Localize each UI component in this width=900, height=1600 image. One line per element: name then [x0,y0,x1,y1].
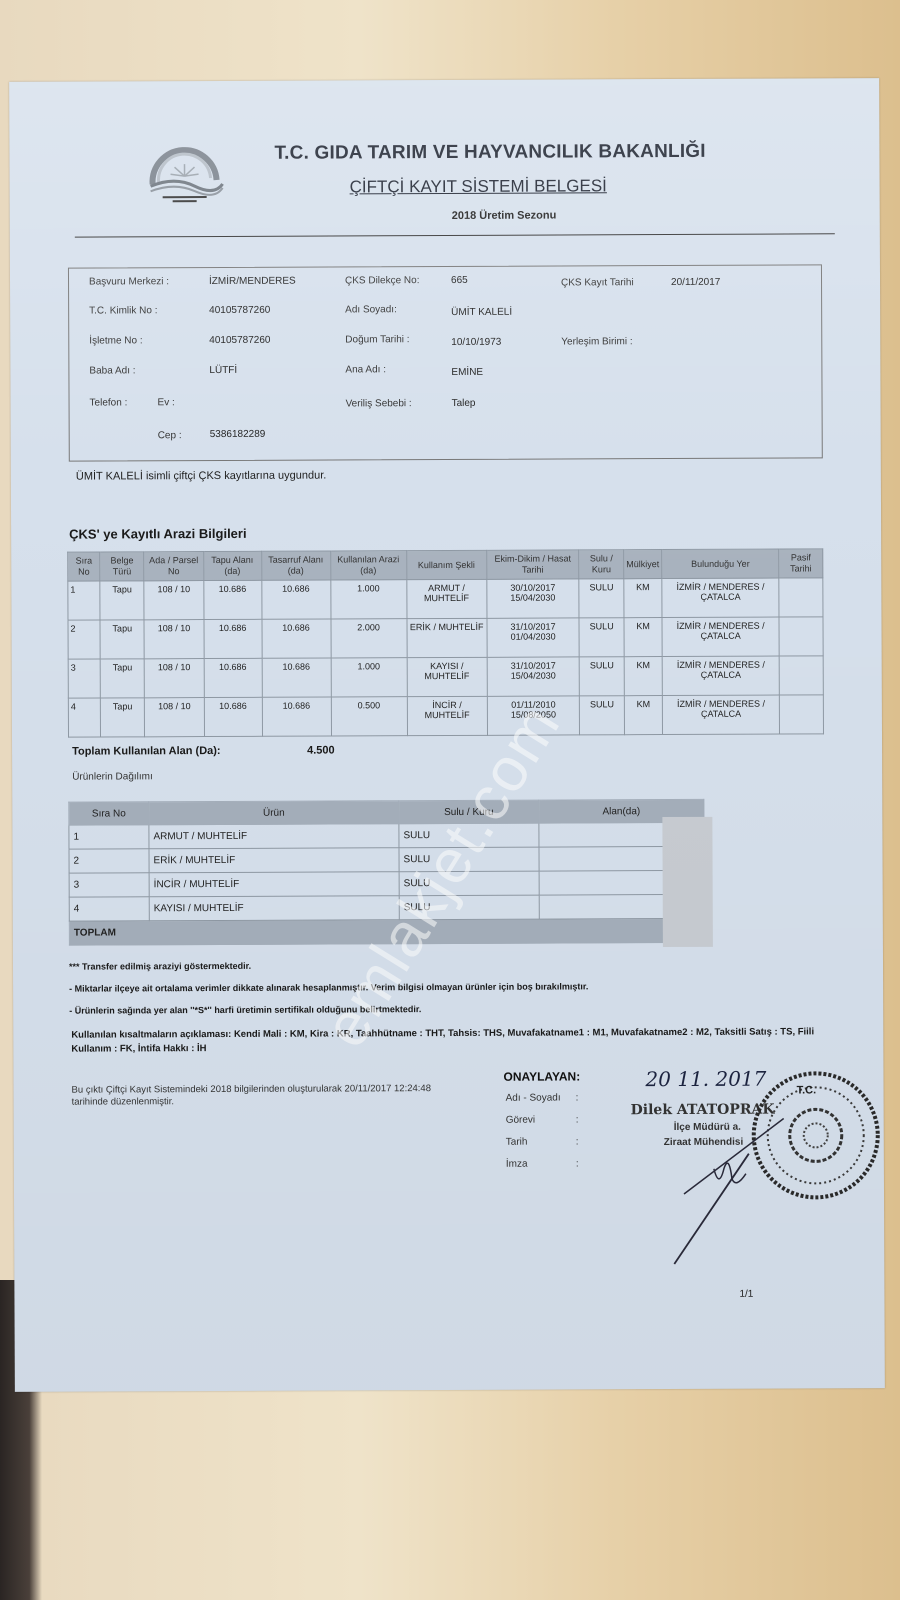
table-cell: KM [624,618,662,657]
table-cell: KM [624,696,662,735]
table-cell: ARMUT / MUHTELİF [149,824,399,849]
baba-label: Baba Adı : [89,365,135,376]
isletme-label: İşletme No : [89,335,142,346]
tc-value: 40105787260 [209,305,270,316]
dogum-value: 10/10/1973 [451,337,501,348]
table-cell: İZMİR / MENDERES / ÇATALCA [662,617,779,657]
dilekce-label: ÇKS Dilekçe No: [345,275,420,286]
ana-value: EMİNE [451,367,483,378]
table-cell [779,617,823,656]
note-transfer: *** Transfer edilmiş araziyi göstermekte… [69,961,251,972]
table-cell [539,870,704,895]
land-col-header: Kullanım Şekli [406,550,486,579]
distribution-col-header: Sıra No [69,802,149,825]
table-cell: İZMİR / MENDERES / ÇATALCA [662,695,779,735]
approver-role-colon: : [576,1114,579,1125]
land-col-header: Ekim-Dikim / Hasat Tarihi [486,550,579,579]
approver-name-colon: : [576,1092,579,1103]
land-col-header: Kullanılan Arazi (da) [330,551,406,580]
table-cell: 1.000 [331,658,407,697]
table-cell: KAYISI / MUHTELİF [149,896,399,921]
telefon-label: Telefon : [90,397,128,408]
distribution-col-header: Alan(da) [539,799,704,823]
table-cell: 30/10/2017 15/04/2030 [487,579,580,618]
distribution-total-row: TOPLAM [69,918,704,945]
land-col-header: Sulu / Kuru [579,550,624,579]
table-cell: 0.500 [331,697,407,736]
table-cell: Tapu [100,659,144,698]
generation-info: Bu çıktı Çiftçi Kayıt Sistemindeki 2018 … [72,1083,432,1109]
table-cell: Tapu [100,620,144,659]
cep-value: 5386182289 [210,429,266,440]
table-cell: 108 / 10 [144,581,203,620]
table-row: 1Tapu108 / 1010.68610.6861.000ARMUT / MU… [68,578,823,620]
distribution-col-header: Ürün [149,801,399,825]
approver-name-label: Adı - Soyadı [506,1093,561,1104]
approver-role-label: Görevi [506,1115,536,1126]
dogum-label: Doğum Tarihi : [345,334,409,345]
table-cell: 2 [68,620,100,659]
distribution-table: Sıra NoÜrünSulu / KuruAlan(da) 1ARMUT / … [68,799,705,946]
table-cell: İNCİR / MUHTELİF [149,872,399,897]
table-cell: 108 / 10 [145,698,204,737]
table-cell: 2.000 [331,619,407,658]
basvuru-label: Başvuru Merkezi : [89,276,169,287]
table-row: 4KAYISI / MUHTELİFSULU [69,894,704,921]
table-cell: 108 / 10 [144,620,203,659]
land-table: Sıra NoBelge TürüAda / Parsel NoTapu Ala… [67,548,824,737]
table-cell: 1.000 [330,580,406,619]
table-cell: İNCİR / MUHTELİF [407,696,487,735]
table-cell: SULU [580,696,625,735]
adsoyad-label: Adı Soyadı: [345,304,397,315]
watermark: emlakjet.com [310,691,575,1059]
table-cell: 3 [69,873,149,897]
conformity-statement: ÜMİT KALELİ isimli çiftçi ÇKS kayıtların… [76,470,327,483]
table-cell: 31/10/2017 15/04/2030 [487,657,580,696]
land-col-header: Tapu Alanı (da) [203,551,261,580]
approver-date-label: Tarih [506,1137,528,1148]
table-cell: 31/10/2017 01/04/2030 [487,618,580,657]
page-number: 1/1 [739,1289,753,1300]
table-cell: 4 [69,897,149,921]
table-row: 3Tapu108 / 1010.68610.6861.000KAYISI / M… [68,656,823,698]
document-title: ÇİFTÇİ KAYIT SİSTEMİ BELGESİ [350,176,607,197]
table-cell: SULU [579,618,624,657]
abbreviations-legend: Kullanılan kısaltmaların açıklaması: Ken… [71,1025,821,1056]
table-cell: 10.686 [262,697,331,736]
table-cell: 4 [68,698,100,737]
stamp-title-line1: İlçe Müdürü a. [674,1122,741,1133]
distribution-total-label: TOPLAM [69,918,704,945]
table-cell: 108 / 10 [144,659,203,698]
stamp-title-line2: Ziraat Mühendisi [664,1137,744,1148]
table-cell: 10.686 [204,697,262,736]
table-cell: SULU [579,579,624,618]
official-seal-icon: T.C. [748,1068,884,1204]
verilis-label: Veriliş Sebebi : [346,398,412,409]
header-divider [75,233,835,237]
table-cell: Tapu [100,581,144,620]
land-col-header: Ada / Parsel No [144,552,203,581]
note-yield: - Miktarlar ilçeye ait ortalama verimler… [69,981,588,993]
table-cell: ERİK / MUHTELİF [407,618,487,657]
table-cell [779,578,823,617]
land-col-header: Pasif Tarihi [779,549,823,578]
table-cell: ARMUT / MUHTELİF [406,579,486,618]
table-row: 2ERİK / MUHTELİFSULU [69,846,704,873]
table-cell: 01/11/2010 15/08/2050 [487,696,580,735]
cep-label: Cep : [158,430,182,441]
ev-label: Ev : [158,397,175,408]
document-page: T.C. GIDA TARIM VE HAYVANCILIK BAKANLIĞI… [9,78,885,1392]
land-section-title: ÇKS' ye Kayıtlı Arazi Bilgileri [69,526,247,542]
table-row: 1ARMUT / MUHTELİFSULU [69,822,704,849]
table-cell: KM [624,657,662,696]
approver-title: ONAYLAYAN: [503,1069,580,1083]
table-cell: 1 [69,825,149,849]
total-area-label: Toplam Kullanılan Alan (Da): [72,745,221,758]
isletme-value: 40105787260 [209,335,270,346]
ministry-logo-icon [144,136,224,206]
table-cell: 10.686 [204,619,262,658]
land-col-header: Mülkiyet [624,550,662,579]
farmer-info-box: Başvuru Merkezi : İZMİR/MENDERES ÇKS Dil… [68,264,823,461]
table-cell: 1 [68,581,100,620]
table-cell: 10.686 [203,580,261,619]
stamp-name: Dilek ATATOPRAK [631,1102,775,1119]
distribution-col-header: Sulu / Kuru [399,800,539,824]
table-cell: İZMİR / MENDERES / ÇATALCA [662,656,779,696]
land-col-header: Tasarruf Alanı (da) [261,551,330,580]
basvuru-value: İZMİR/MENDERES [209,276,296,287]
table-cell [779,656,823,695]
land-col-header: Sıra No [68,552,100,581]
table-cell: SULU [399,871,539,896]
season-label: 2018 Üretim Sezonu [452,210,557,222]
table-cell: 3 [68,659,100,698]
table-cell [539,822,704,847]
yerlesim-label: Yerleşim Birimi : [561,336,632,347]
table-cell: 10.686 [261,580,330,619]
table-cell: SULU [399,847,539,872]
land-col-header: Belge Türü [100,552,144,581]
svg-text:T.C.: T.C. [797,1084,817,1096]
table-cell: SULU [399,823,539,848]
table-row: 3İNCİR / MUHTELİFSULU [69,870,704,897]
table-cell: 2 [69,849,149,873]
table-cell: KAYISI / MUHTELİF [407,657,487,696]
table-cell [780,695,824,734]
table-cell [539,846,704,871]
table-row: 4Tapu108 / 1010.68610.6860.500İNCİR / MU… [68,695,823,737]
table-cell: 10.686 [262,658,331,697]
tc-label: T.C. Kimlik No : [89,305,157,316]
table-cell: Tapu [101,698,145,737]
kayit-value: 20/11/2017 [671,277,720,288]
ministry-name: T.C. GIDA TARIM VE HAYVANCILIK BAKANLIĞI [274,141,705,165]
table-cell: SULU [579,657,624,696]
table-row: 2Tapu108 / 1010.68610.6862.000ERİK / MUH… [68,617,823,659]
adsoyad-value: ÜMİT KALELİ [451,307,512,318]
land-col-header: Bulunduğu Yer [662,549,779,579]
table-cell: ERİK / MUHTELİF [149,848,399,873]
distribution-title: Ürünlerin Dağılımı [72,771,153,782]
handwritten-date: 20 11. 2017 [645,1067,766,1092]
baba-value: LÜTFİ [209,365,237,376]
approver-date-colon: : [576,1136,579,1147]
table-cell: KM [624,579,662,618]
table-cell [539,894,704,919]
kayit-label: ÇKS Kayıt Tarihi [561,277,634,288]
signature-icon [654,1098,805,1269]
ana-label: Ana Adı : [345,364,386,375]
dilekce-value: 665 [451,275,468,286]
note-certified: - Ürünlerin sağında yer alan ''*S*'' har… [69,1004,421,1016]
approver-signature-label: İmza [506,1159,528,1170]
total-area-value: 4.500 [307,744,335,756]
approver-signature-colon: : [576,1158,579,1169]
table-cell: 10.686 [261,619,330,658]
table-cell: İZMİR / MENDERES / ÇATALCA [662,578,779,618]
table-cell: SULU [399,895,539,920]
table-cell: 10.686 [204,658,262,697]
redacted-area [662,817,713,947]
verilis-value: Talep [452,398,476,409]
